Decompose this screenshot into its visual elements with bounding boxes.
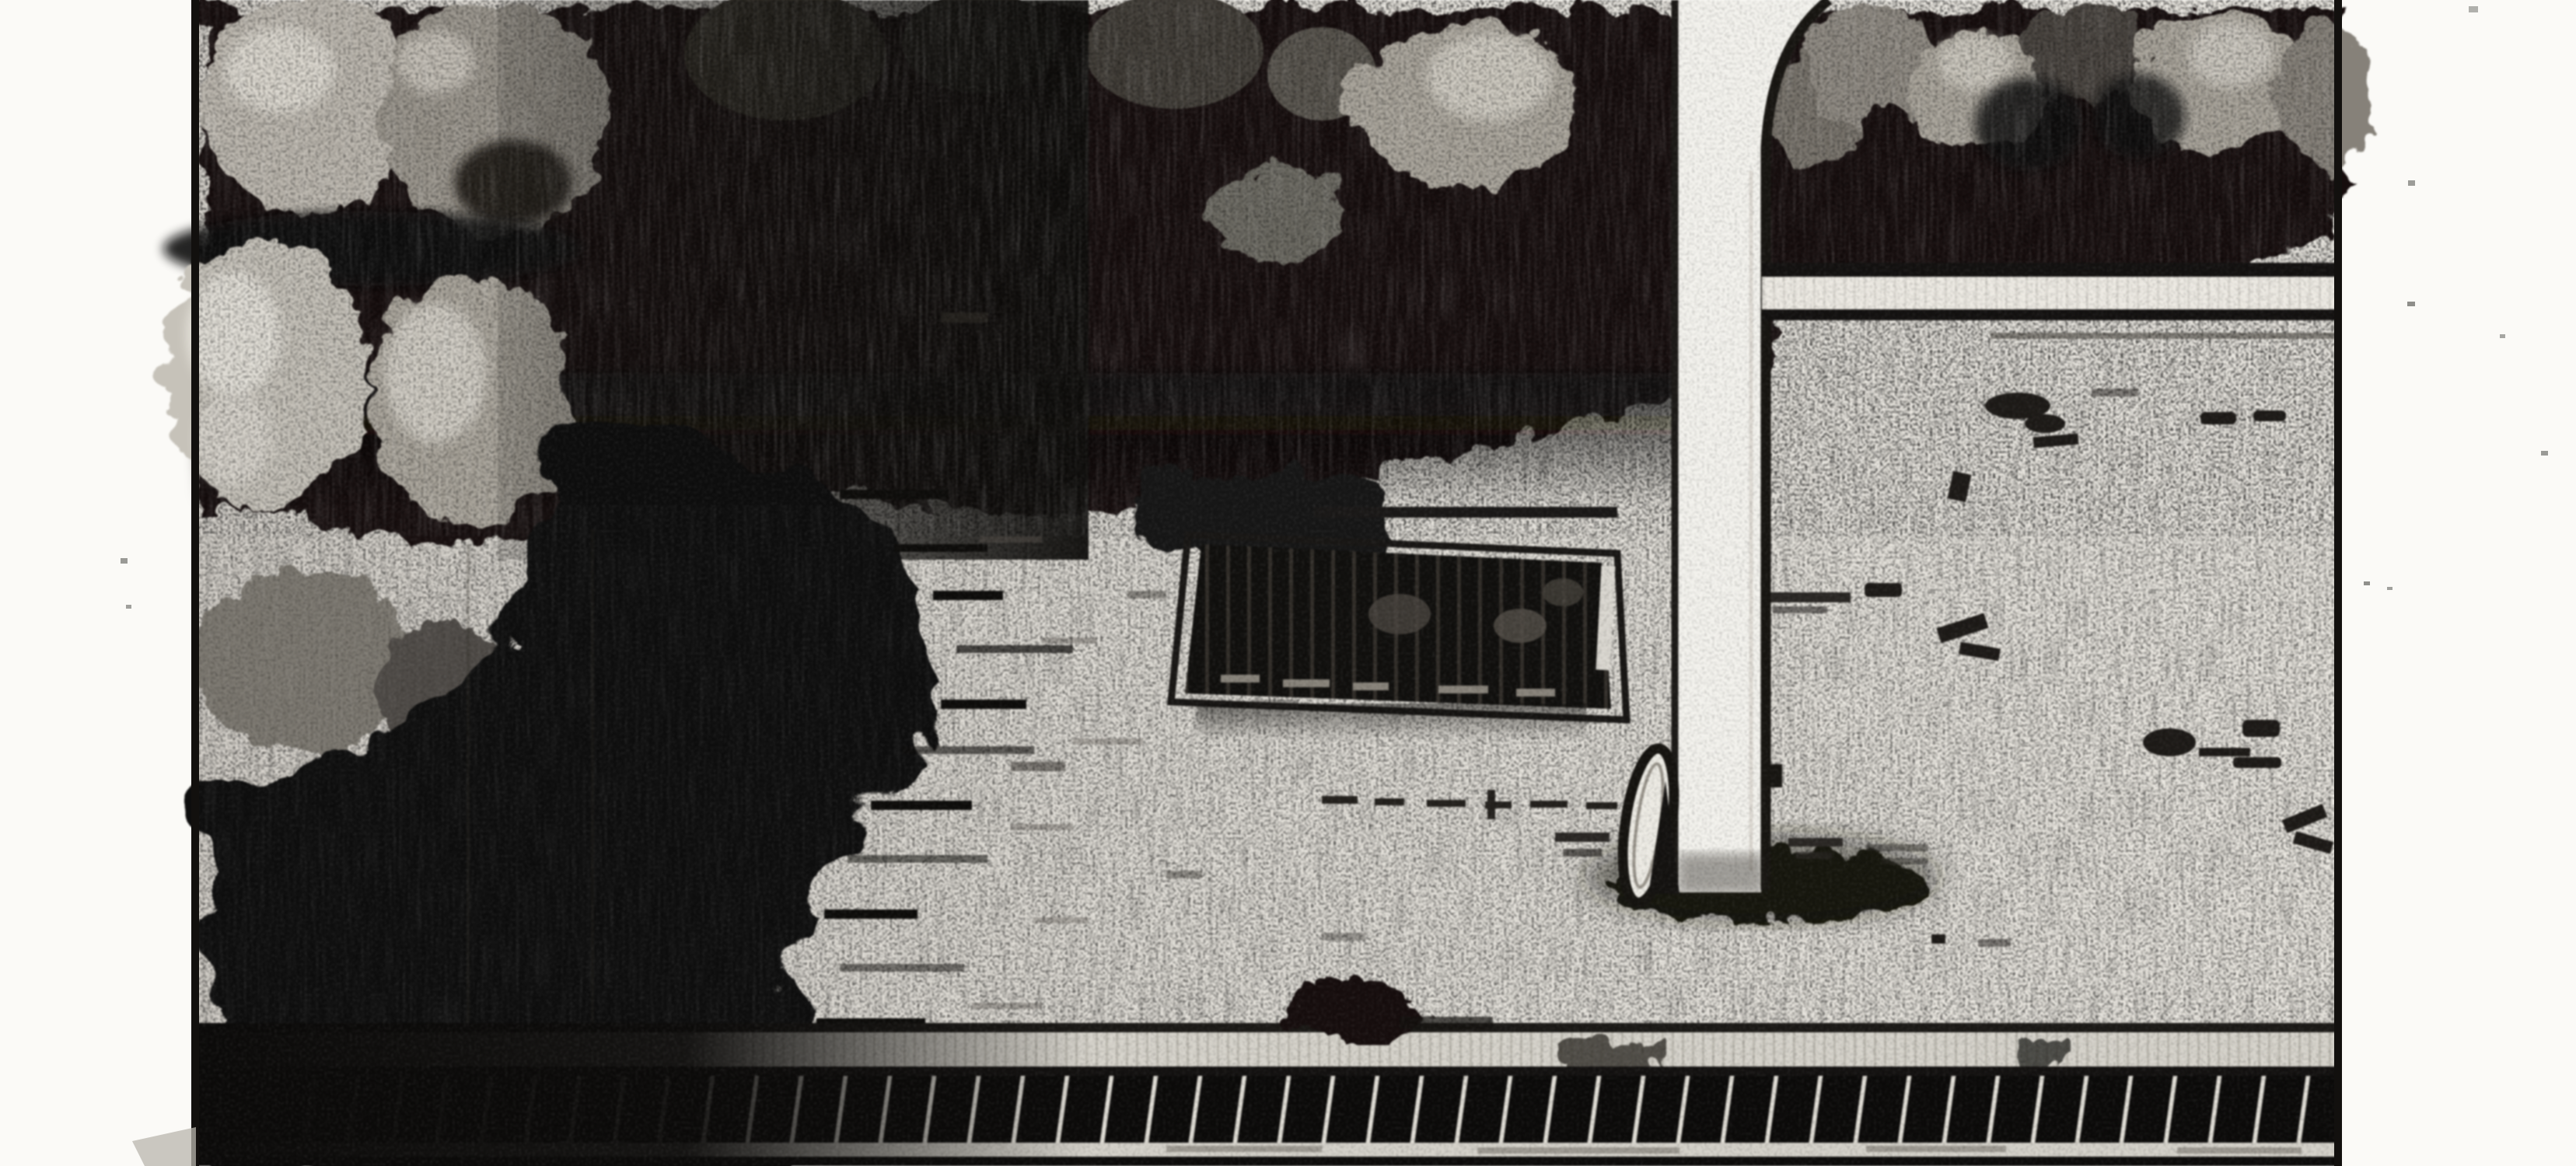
panel-artwork bbox=[156, 0, 2368, 1166]
manga-page bbox=[0, 0, 2576, 1166]
panel-canvas bbox=[0, 0, 2576, 1166]
panel-border-right bbox=[2334, 0, 2342, 1166]
panel-border-left bbox=[191, 0, 199, 1166]
